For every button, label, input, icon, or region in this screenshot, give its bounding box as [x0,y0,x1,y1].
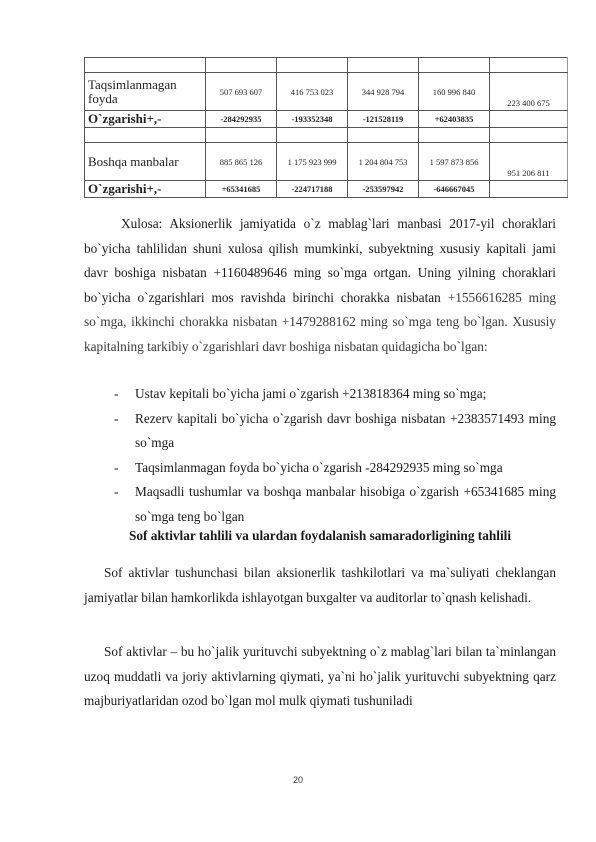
table-cell-total: 951 206 811 [490,143,568,181]
list-item: -Rezerv kapitali bo`yicha o`zgarish davr… [84,407,556,456]
table-cell: -121528119 [348,111,419,128]
dash-bullet-icon: - [114,382,118,407]
table-cell: +62403835 [419,111,490,128]
table-cell: 1 204 804 753 [348,143,419,181]
table-cell-total [490,181,568,198]
row-label: Boshqa manbalar [85,143,206,181]
table-row: O`zgarishi+,- -284292935 -193352348 -121… [85,111,568,128]
table-cell: -253597942 [348,181,419,198]
table-cell: -646667045 [419,181,490,198]
row-label: O`zgarishi+,- [85,181,206,198]
dash-bullet-icon: - [114,480,118,505]
capital-changes-table: Taqsimlanmagan foyda 507 693 607 416 753… [84,57,568,198]
changes-list: -Ustav kepitali bo`yicha jami o`zgarish … [84,382,556,530]
table-cell: +65341685 [206,181,277,198]
dash-bullet-icon: - [114,456,118,481]
row-label: Taqsimlanmagan foyda [85,73,206,111]
table-cell: 885 865 126 [206,143,277,181]
list-item: -Ustav kepitali bo`yicha jami o`zgarish … [84,382,556,407]
table-row: Boshqa manbalar 885 865 126 1 175 923 99… [85,143,568,181]
body-paragraph: Sof aktivlar – bu ho`jalik yurituvchi su… [84,640,556,714]
table-cell: -224717188 [277,181,348,198]
table-cell: -284292935 [206,111,277,128]
table-row-blank [85,58,568,73]
table-cell: 1 597 873 856 [419,143,490,181]
table-cell: -193352348 [277,111,348,128]
table-cell: 344 928 794 [348,73,419,111]
table-cell-total [490,111,568,128]
table-cell: 416 753 023 [277,73,348,111]
conclusion-paragraph: Xulosa: Aksionerlik jamiyatida o`z mabla… [84,212,556,360]
table-row-blank [85,128,568,143]
body-paragraph: Sof aktivlar tushunchasi bilan aksionerl… [84,561,556,610]
document-page: Taqsimlanmagan foyda 507 693 607 416 753… [0,0,596,842]
table-row: O`zgarishi+,- +65341685 -224717188 -2535… [85,181,568,198]
section-heading: Sof aktivlar tahlili va ulardan foydalan… [84,524,556,549]
table-row: Taqsimlanmagan foyda 507 693 607 416 753… [85,73,568,111]
list-item: -Maqsadli tushumlar va boshqa manbalar h… [84,480,556,529]
table-cell: 1 175 923 999 [277,143,348,181]
table-cell: 507 693 607 [206,73,277,111]
dash-bullet-icon: - [114,407,118,432]
list-item: -Taqsimlanmagan foyda bo`yicha o`zgarish… [84,456,556,481]
table-cell-total: 223 400 675 [490,73,568,111]
page-number: 20 [0,775,596,785]
row-label: O`zgarishi+,- [85,111,206,128]
table-cell: 160 996 840 [419,73,490,111]
